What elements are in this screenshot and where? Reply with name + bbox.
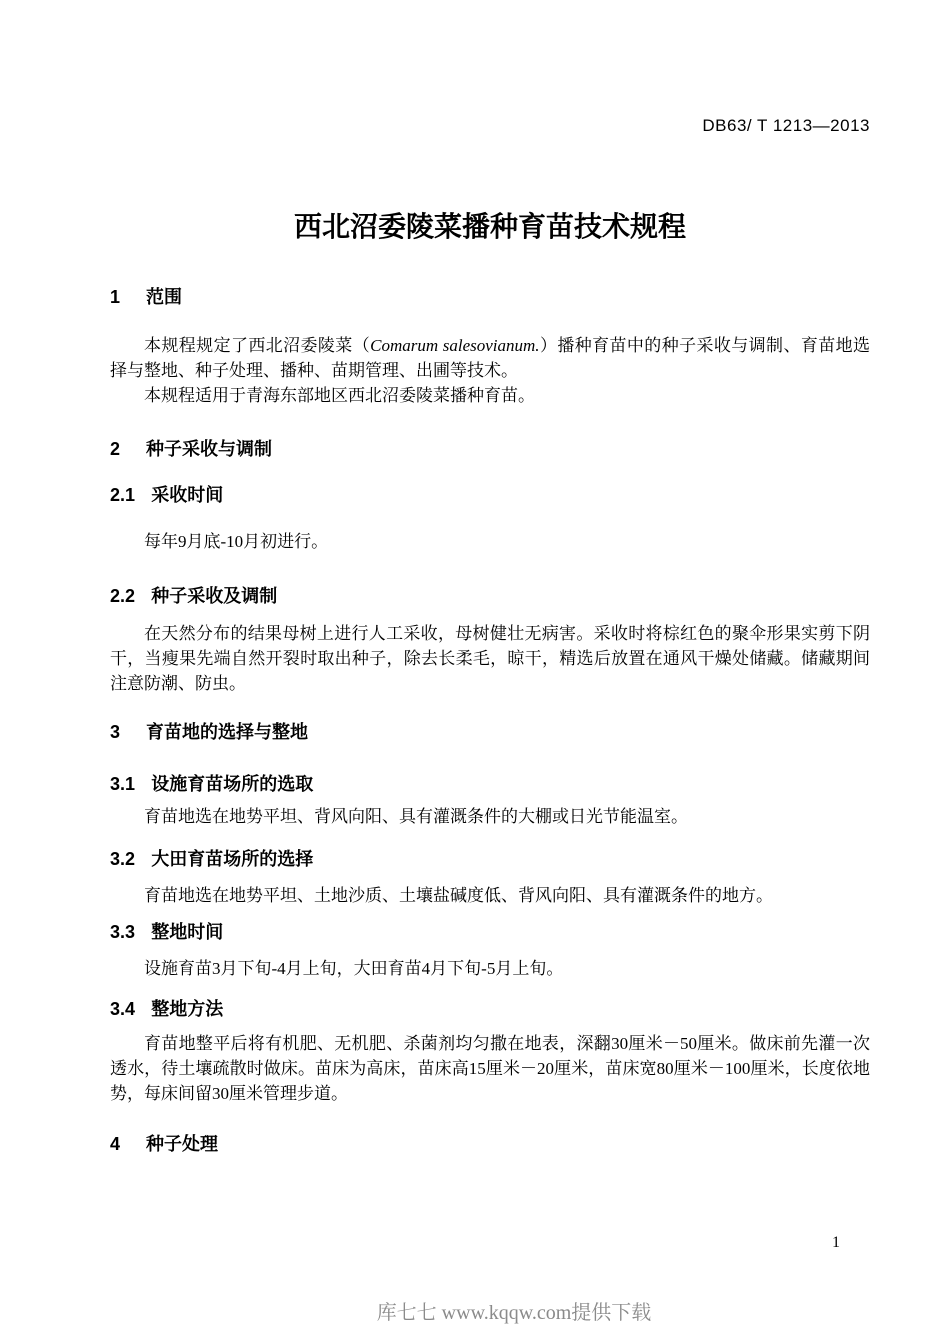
paragraph-seed-harvest: 在天然分布的结果母树上进行人工采收，母树健壮无病害。采收时将棕红色的聚伞形果实剪… <box>110 621 870 696</box>
paragraph-applicability: 本规程适用于青海东部地区西北沼委陵菜播种育苗。 <box>110 383 870 408</box>
species-latin-name: Comarum salesovianum. <box>370 336 539 355</box>
section-heading-3-1: 3.1设施育苗场所的选取 <box>110 774 870 794</box>
section-number: 3.2 <box>110 849 135 869</box>
section-number: 3.1 <box>110 774 135 794</box>
section-title: 设施育苗场所的选取 <box>151 774 313 794</box>
scope-text-before: 本规程规定了西北沼委陵菜（ <box>144 336 370 355</box>
section-number: 3.3 <box>110 922 135 942</box>
section-title: 种子采收及调制 <box>151 586 277 606</box>
download-watermark: 库七七 www.kqqw.com提供下载 <box>0 1296 950 1325</box>
standard-code: DB63/ T 1213—2013 <box>110 116 870 136</box>
paragraph-facility-site: 育苗地选在地势平坦、背风向阳、具有灌溉条件的大棚或日光节能温室。 <box>110 804 870 829</box>
paragraph-field-site: 育苗地选在地势平坦、土地沙质、土壤盐碱度低、背风向阳、具有灌溉条件的地方。 <box>110 883 870 908</box>
section-heading-4: 4种子处理 <box>110 1134 870 1154</box>
section-heading-2-2: 2.2种子采收及调制 <box>110 586 870 606</box>
section-number: 3 <box>110 722 130 742</box>
section-title: 采收时间 <box>151 485 223 505</box>
section-heading-2: 2种子采收与调制 <box>110 439 870 459</box>
section-heading-3-2: 3.2大田育苗场所的选择 <box>110 849 870 869</box>
section-title: 种子采收与调制 <box>146 439 272 459</box>
page-number: 1 <box>832 1234 840 1252</box>
section-title: 整地方法 <box>151 999 223 1019</box>
section-title: 种子处理 <box>146 1134 218 1154</box>
paragraph-soil-prep-method: 育苗地整平后将有机肥、无机肥、杀菌剂均匀撒在地表，深翻30厘米－50厘米。做床前… <box>110 1031 870 1106</box>
section-heading-1: 1范围 <box>110 287 870 307</box>
section-title: 大田育苗场所的选择 <box>151 849 313 869</box>
section-number: 2.2 <box>110 586 135 606</box>
section-number: 3.4 <box>110 999 135 1019</box>
section-number: 2.1 <box>110 485 135 505</box>
document-page: DB63/ T 1213—2013 西北沼委陵菜播种育苗技术规程 1范围 本规程… <box>0 0 950 1344</box>
section-heading-3-4: 3.4整地方法 <box>110 999 870 1019</box>
section-1-body: 本规程规定了西北沼委陵菜（Comarum salesovianum.）播种育苗中… <box>110 333 870 408</box>
document-title: 西北沼委陵菜播种育苗技术规程 <box>110 205 870 245</box>
section-title: 育苗地的选择与整地 <box>146 722 308 742</box>
section-title: 整地时间 <box>151 922 223 942</box>
paragraph-scope: 本规程规定了西北沼委陵菜（Comarum salesovianum.）播种育苗中… <box>110 333 870 383</box>
paragraph-soil-prep-time: 设施育苗3月下旬-4月上旬，大田育苗4月下旬-5月上旬。 <box>110 956 870 981</box>
section-number: 2 <box>110 439 130 459</box>
section-number: 1 <box>110 287 130 307</box>
section-heading-3-3: 3.3整地时间 <box>110 922 870 942</box>
section-number: 4 <box>110 1134 130 1154</box>
section-heading-2-1: 2.1采收时间 <box>110 485 870 505</box>
section-heading-3: 3育苗地的选择与整地 <box>110 722 870 742</box>
section-title: 范围 <box>146 287 182 307</box>
paragraph-harvest-time: 每年9月底-10月初进行。 <box>110 529 870 554</box>
